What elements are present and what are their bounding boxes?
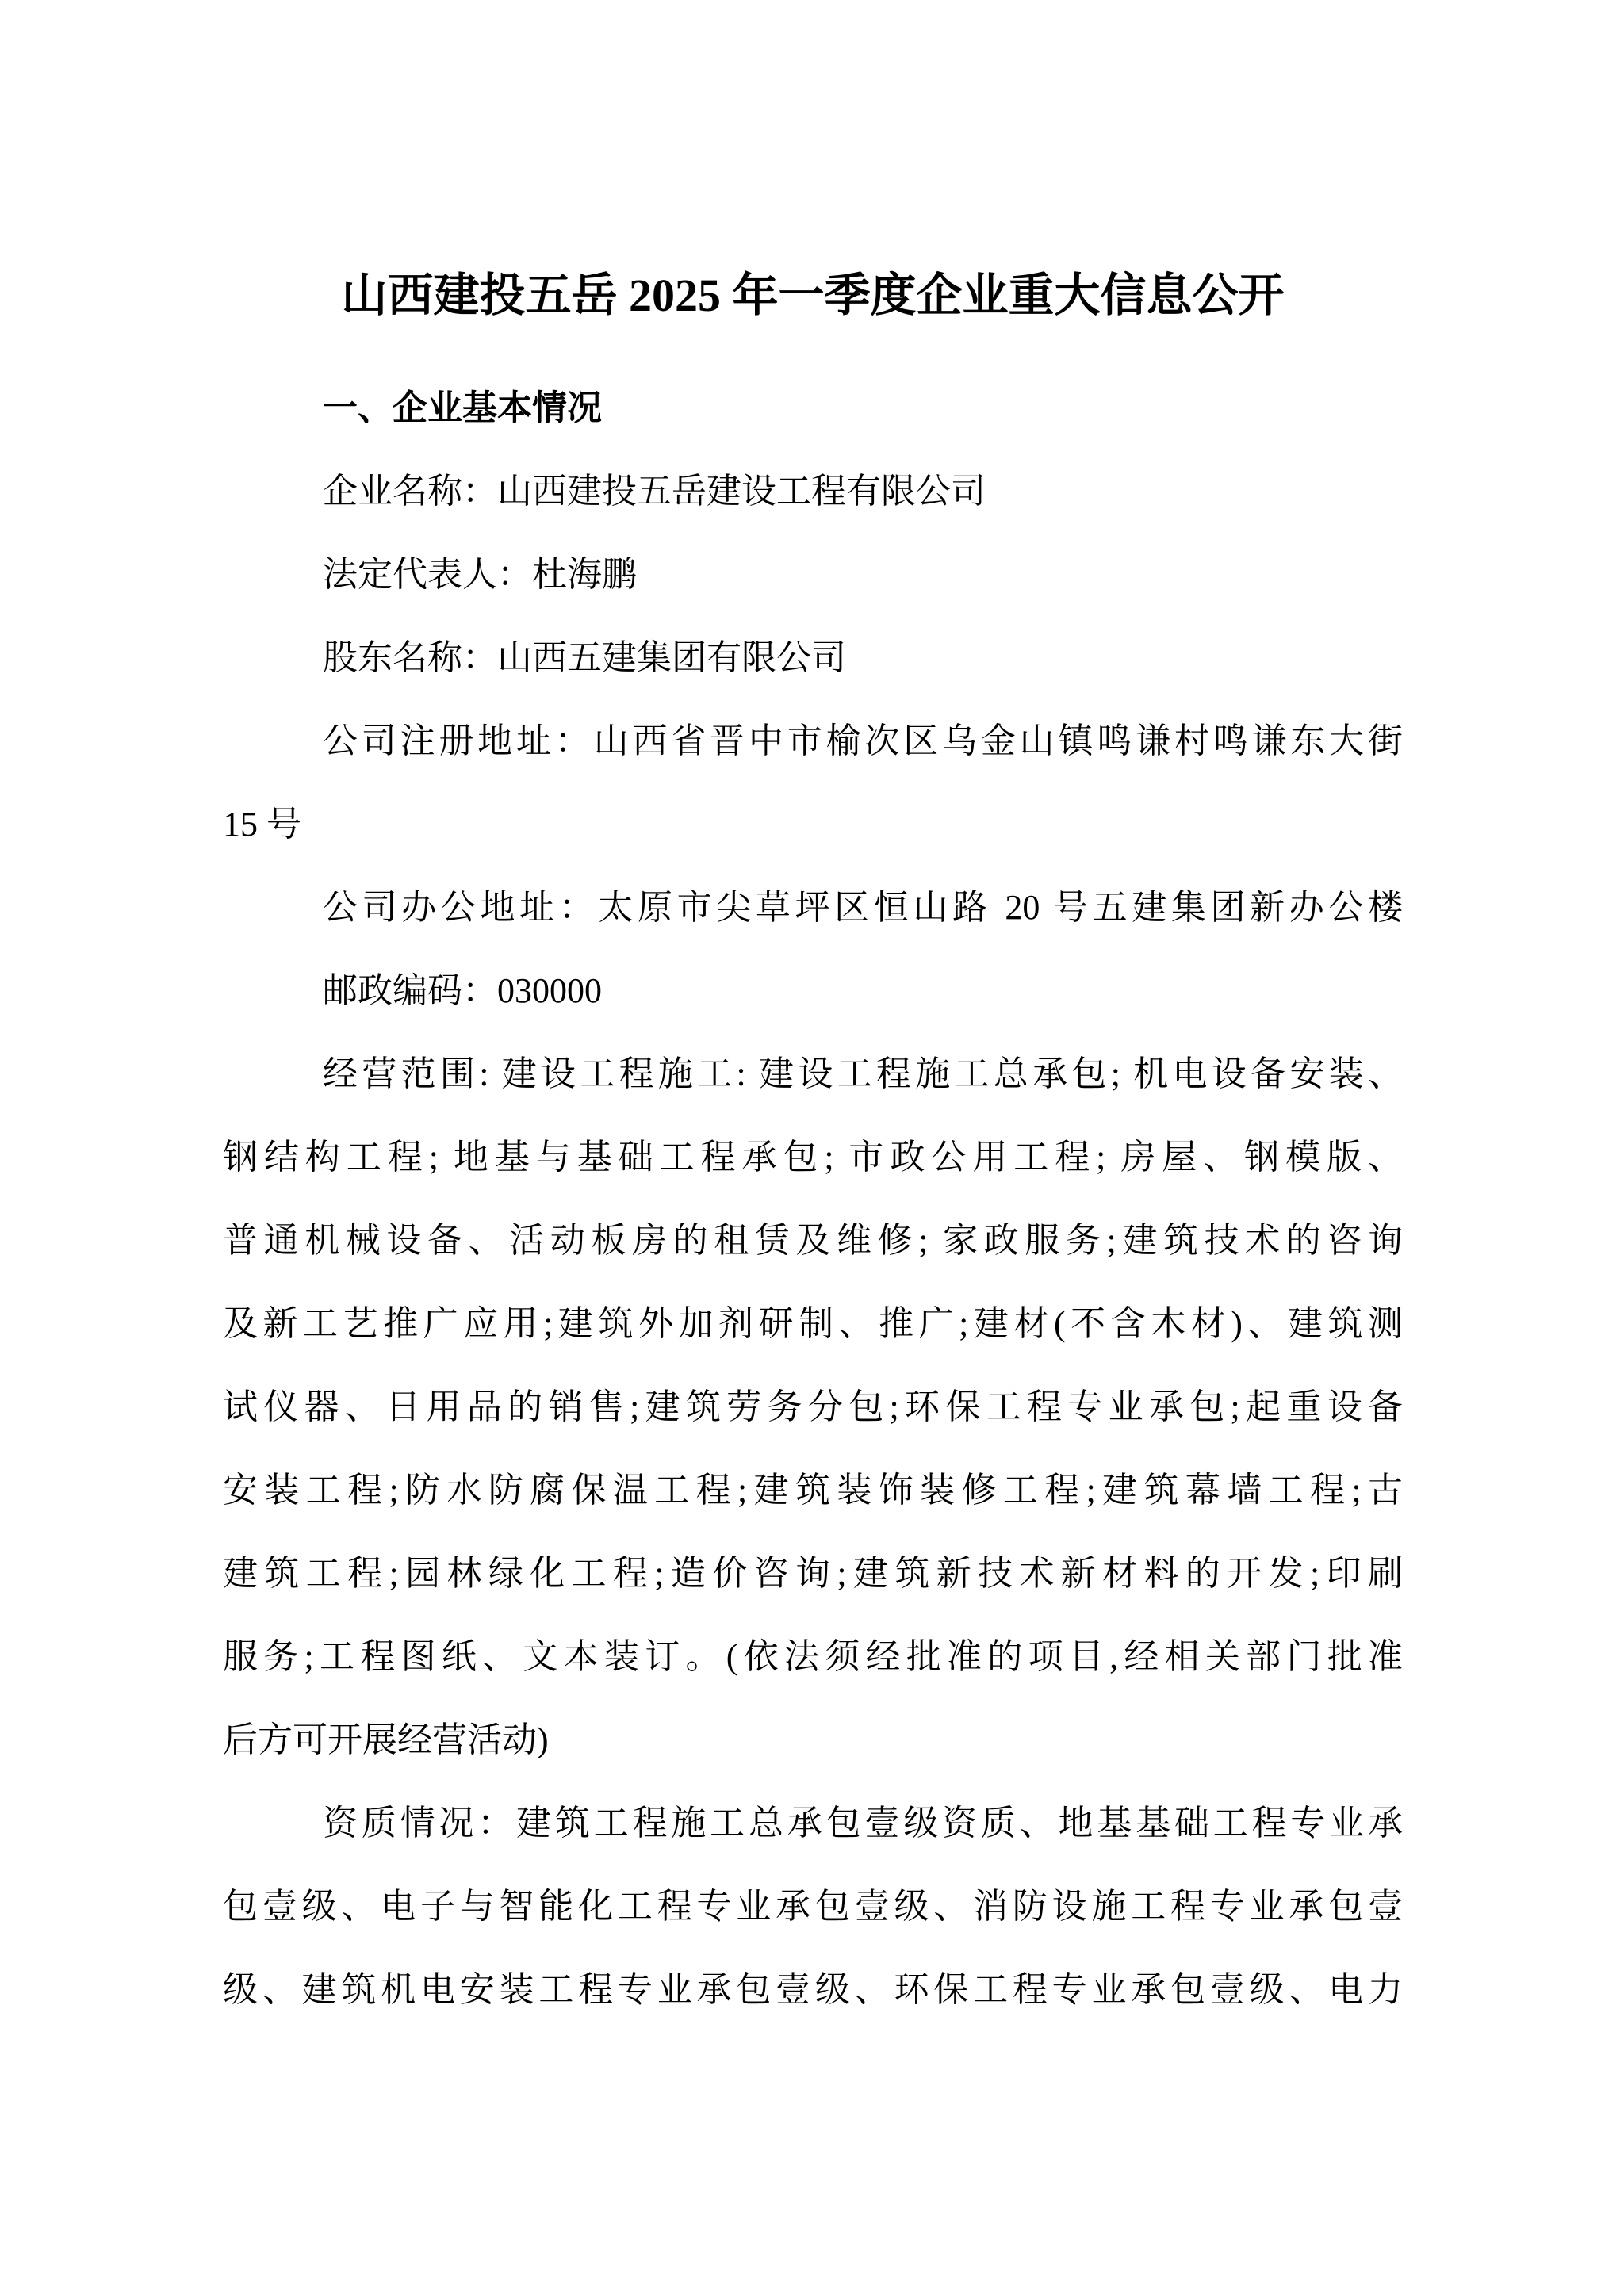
text-line: 级、建筑机电安装工程专业承包壹级、环保工程专业承包壹级、电力 <box>223 1948 1403 2031</box>
text-line: 经营范围: 建设工程施工: 建设工程施工总承包; 机电设备安装、 <box>223 1032 1403 1115</box>
text-line: 安装工程;防水防腐保温工程;建筑装饰装修工程;建筑幕墙工程;古 <box>223 1448 1403 1532</box>
document-page: 山西建投五岳 2025 年一季度企业重大信息公开 一、企业基本情况 企业名称：山… <box>0 0 1624 2296</box>
text-line: 公司办公地址：太原市尖草坪区恒山路 20 号五建集团新办公楼 <box>223 866 1403 949</box>
text-line: 试仪器、日用品的销售;建筑劳务分包;环保工程专业承包;起重设备 <box>223 1365 1403 1448</box>
text-line: 股东名称：山西五建集团有限公司 <box>223 616 1403 699</box>
text-line: 普通机械设备、活动板房的租赁及维修; 家政服务;建筑技术的咨询 <box>223 1199 1403 1282</box>
text-line: 法定代表人：杜海鹏 <box>223 533 1403 616</box>
text-line: 15 号 <box>223 783 1403 866</box>
text-line: 钢结构工程; 地基与基础工程承包; 市政公用工程; 房屋、钢模版、 <box>223 1115 1403 1199</box>
text-line: 邮政编码：030000 <box>223 949 1403 1032</box>
text-line: 及新工艺推广应用;建筑外加剂研制、推广;建材(不含木材)、建筑测 <box>223 1282 1403 1365</box>
text-line: 公司注册地址：山西省晋中市榆次区乌金山镇鸣谦村鸣谦东大街 <box>223 699 1403 783</box>
text-line: 后方可开展经营活动) <box>223 1698 1403 1781</box>
text-line: 企业名称：山西建投五岳建设工程有限公司 <box>223 450 1403 533</box>
section-heading: 一、企业基本情况 <box>223 366 1403 450</box>
text-line: 建筑工程;园林绿化工程;造价咨询;建筑新技术新材料的开发;印刷 <box>223 1532 1403 1615</box>
document-title: 山西建投五岳 2025 年一季度企业重大信息公开 <box>223 250 1403 341</box>
text-line: 包壹级、电子与智能化工程专业承包壹级、消防设施工程专业承包壹 <box>223 1865 1403 1948</box>
text-line: 服务;工程图纸、文本装订。(依法须经批准的项目,经相关部门批准 <box>223 1615 1403 1698</box>
document-body: 企业名称：山西建投五岳建设工程有限公司法定代表人：杜海鹏股东名称：山西五建集团有… <box>223 450 1403 2031</box>
text-line: 资质情况：建筑工程施工总承包壹级资质、地基基础工程专业承 <box>223 1781 1403 1865</box>
